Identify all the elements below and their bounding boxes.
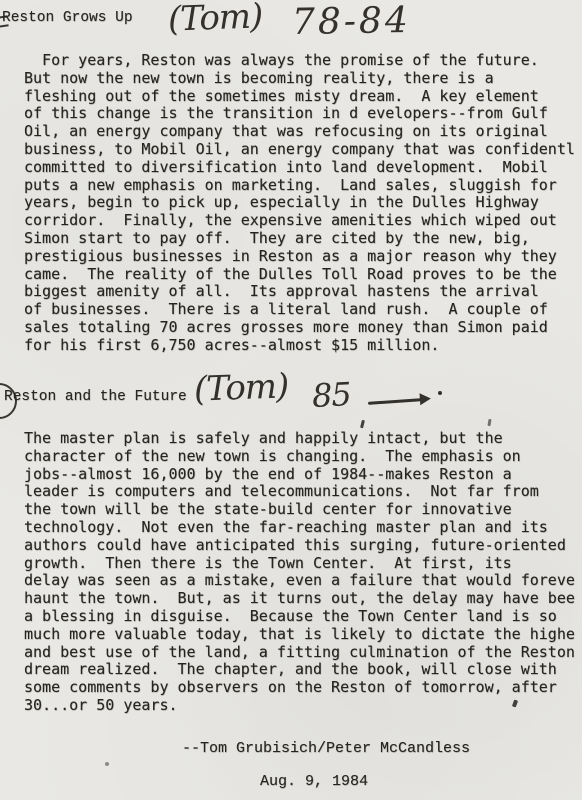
scan-speck [487,419,491,426]
section-heading-reston-and-the-future: Reston and the Future [4,389,187,405]
handwritten-annotation-pages-85: 85 [311,375,352,415]
date-line: Aug. 9, 1984 [260,773,368,791]
handwritten-annotation-tom-2: (Tom) [193,366,289,409]
section-heading-reston-grows-up: Reston Grows Up [2,10,133,26]
scan-speck [105,762,109,766]
scanned-document-page: Reston Grows Up (Tom) 78-84 For years, R… [0,0,582,800]
paragraph-reston-and-the-future: The master plan is safely and happily in… [24,430,575,715]
right-arrow-icon [368,398,422,405]
pen-dot-mark [438,391,442,395]
paragraph-reston-grows-up: For years, Reston was always the promise… [24,52,575,355]
scan-speck [360,420,364,428]
handwritten-annotation-pages-78-84: 78-84 [292,0,411,43]
handwritten-annotation-tom-1: (Tom) [167,0,263,40]
signature-line: --Tom Grubisich/Peter McCandless [182,740,470,758]
